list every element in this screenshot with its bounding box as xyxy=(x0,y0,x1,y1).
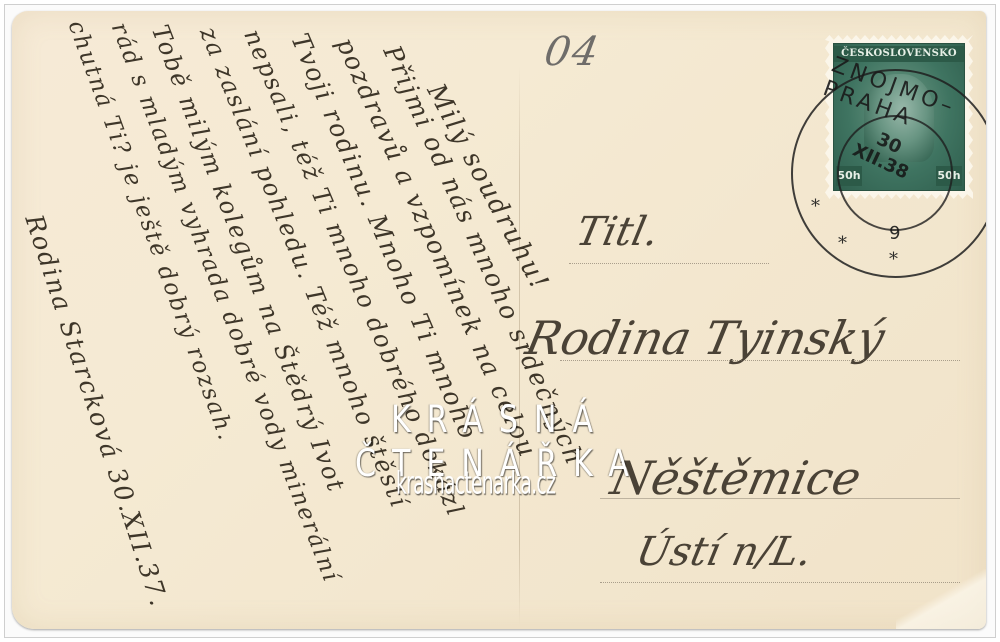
address-district: Ústí n/L. xyxy=(632,529,816,575)
postmark-number: 6 xyxy=(889,221,900,242)
postcard: 04 Milý soudruhu! Přijmi od nás mnoho sr… xyxy=(12,11,986,629)
address-salutation: Titl. xyxy=(572,209,663,255)
postmark-star-icon: * xyxy=(889,249,898,270)
postmark: ZNOJMO–PRAHA 30 XII.38 6 * * * xyxy=(791,69,986,278)
address-line xyxy=(600,498,960,499)
address-line xyxy=(569,263,769,264)
address-recipient: Rodina Tyinský xyxy=(521,311,889,365)
watermark-url: krasnactenarka.cz xyxy=(396,466,544,502)
postmark-star-icon: * xyxy=(811,196,820,217)
address-line xyxy=(560,360,960,361)
postmark-star-icon: * xyxy=(838,233,847,254)
address-line xyxy=(600,582,960,583)
pencil-number: 04 xyxy=(541,29,604,75)
